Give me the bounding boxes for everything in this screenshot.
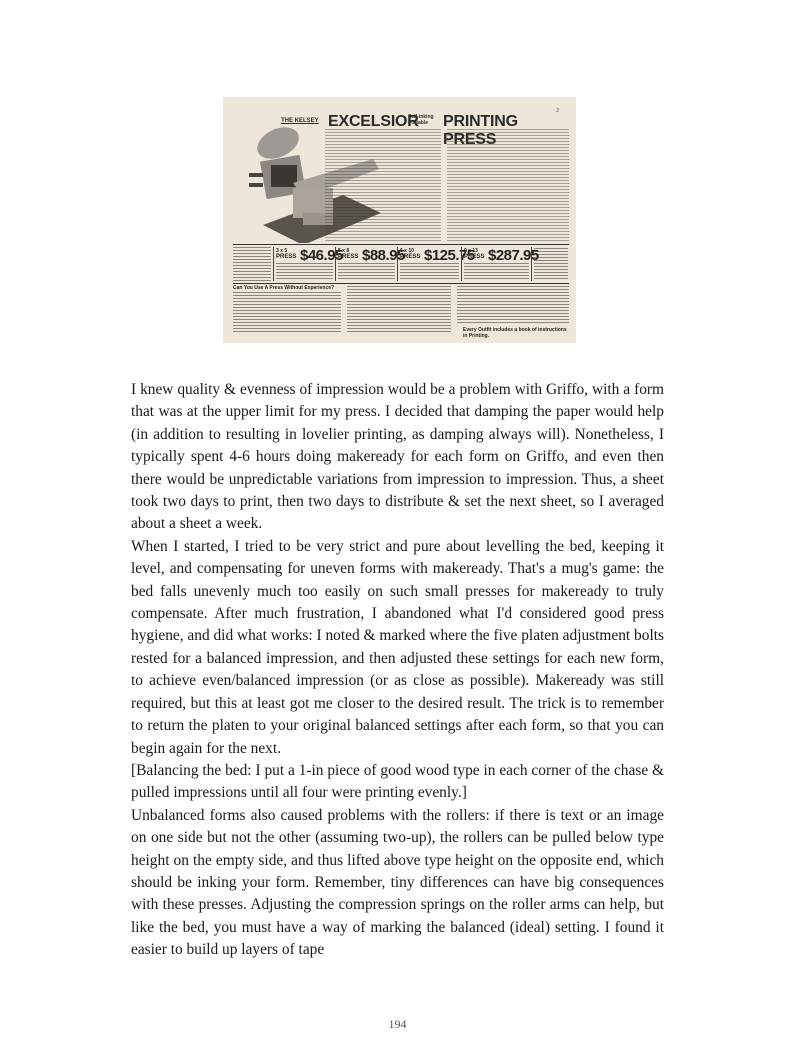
- price-cell-text: [276, 263, 333, 279]
- ad-subtitle-line2: Portable: [408, 120, 428, 126]
- price-cell: 5 x 8 PRESS $88.95: [335, 247, 398, 281]
- paragraph: When I started, I tried to be very stric…: [131, 536, 664, 760]
- ad-bottom-heading: Can You Use A Press Without Experience?: [233, 285, 334, 291]
- price-cell-text: [400, 263, 459, 279]
- paragraph: [Balancing the bed: I put a 1-in piece o…: [131, 760, 664, 805]
- price-cell: 3 x 5 PRESS $46.95: [273, 247, 336, 281]
- price-band-intro-text: [233, 247, 271, 281]
- ad-footer-note: Every Outfit includes a book of instruct…: [463, 327, 567, 339]
- press-label: PRESS: [400, 254, 420, 260]
- price-cell-text: [464, 263, 529, 279]
- kelsey-excelsior-advertisement-image: THE KELSEY EXCELSIOR Self-inking Portabl…: [223, 97, 576, 343]
- press-label: PRESS: [464, 254, 484, 260]
- price-band: 3 x 5 PRESS $46.95 5 x 8 PRESS $88.95 6 …: [233, 244, 569, 284]
- paragraph: I knew quality & evenness of impression …: [131, 379, 664, 536]
- ad-page-mark: 2: [556, 108, 559, 114]
- press-label: PRESS: [338, 254, 358, 260]
- price-band-outro: [531, 247, 570, 281]
- page-number: 194: [0, 1017, 795, 1032]
- ad-bottom-column-2: [347, 286, 451, 334]
- price-cell: 9 x 13 PRESS $287.95: [461, 247, 532, 281]
- ad-subtitle: Self-inking Portable: [408, 114, 434, 126]
- body-text: I knew quality & evenness of impression …: [131, 379, 664, 962]
- ad-copy-column-right: [447, 129, 569, 241]
- price-band-outro-text: [534, 248, 568, 280]
- paragraph: Unbalanced forms also caused problems wi…: [131, 805, 664, 962]
- price-cell-text: [338, 263, 395, 279]
- ad-copy-column-left: [325, 129, 441, 241]
- ad-bottom-column-3: [457, 286, 569, 324]
- price-cell: 6 x 10 PRESS $125.75: [397, 247, 462, 281]
- press-label: PRESS: [276, 254, 296, 260]
- ad-bottom-column-1: [233, 292, 341, 334]
